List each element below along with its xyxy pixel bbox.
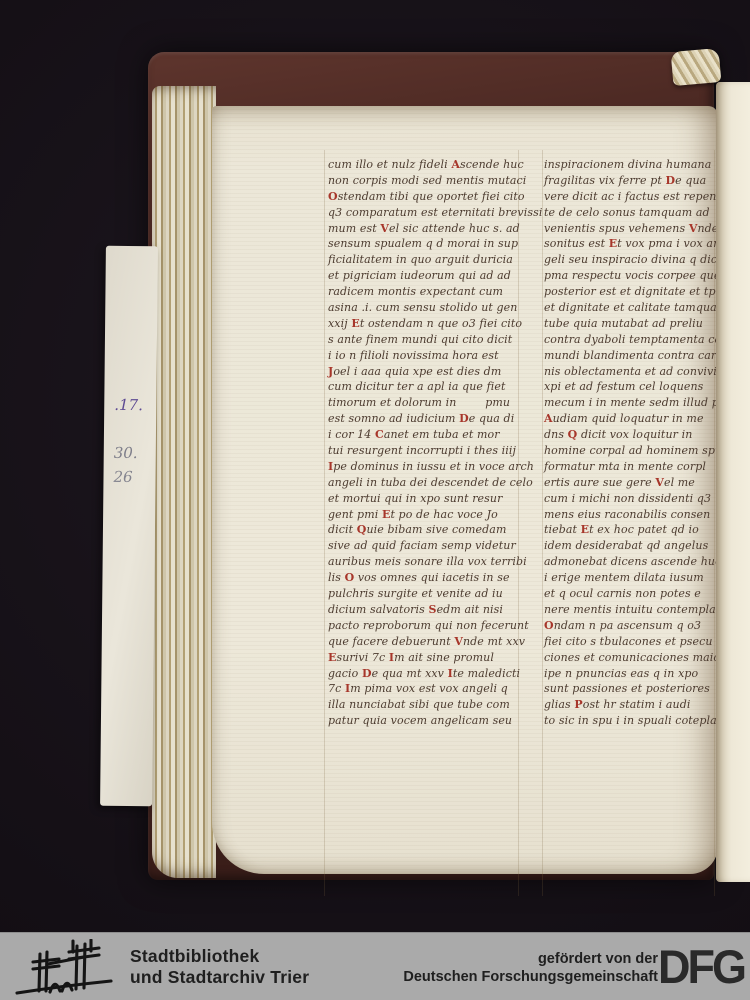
rubric-initial: A xyxy=(451,158,460,171)
pencil-number-26: 26 xyxy=(113,468,132,486)
manuscript-line: sive ad quid faciam semp videtur xyxy=(328,539,526,555)
manuscript-line: fragilitas vix ferre pt De qua xyxy=(544,174,720,190)
manuscript-line: patur quia vocem angelicam seu xyxy=(328,714,526,730)
manuscript-line: inspiracionem divina humana xyxy=(544,158,720,174)
manuscript-line: pulchris surgite et venite ad iu xyxy=(328,587,526,603)
text-column-left: cum illo et nulz fideli Ascende hucnon c… xyxy=(328,158,526,730)
manuscript-line: s ante finem mundi qui cito dicit xyxy=(328,333,526,349)
manuscript-line: i erige mentem dilata iusum xyxy=(544,571,720,587)
manuscript-line: asina .i. cum sensu stolido ut gen xyxy=(328,301,526,317)
rubric-initial: E xyxy=(609,237,617,250)
rubric-initial: S xyxy=(429,603,437,616)
manuscript-line: tui resurgent incorrupti i thes iiij xyxy=(328,444,526,460)
manuscript-line: gacio De qua mt xxv Ite maledicti xyxy=(328,667,526,683)
rubric-initial: E xyxy=(581,523,589,536)
manuscript-line: cum dicitur ter a apl ia que fiet xyxy=(328,380,526,396)
manuscript-line: nis oblectamenta et ad conviviu xyxy=(544,365,720,381)
manuscript-line: est somno ad iudicium De qua di xyxy=(328,412,526,428)
manuscript-line: dicit Quie bibam sive comedam xyxy=(328,523,526,539)
rubric-initial: Q xyxy=(568,428,578,441)
rubric-initial: V xyxy=(655,476,664,489)
manuscript-line: idem desiderabat qd angelus xyxy=(544,539,720,555)
manuscript-line: tiebat Et ex hoc patet qd io xyxy=(544,523,720,539)
manuscript-line: contra dyaboli temptamenta con xyxy=(544,333,720,349)
manuscript-line: i cor 14 Canet em tuba et mor xyxy=(328,428,526,444)
manuscript-line: ipe n pnuncias eas q in xpo xyxy=(544,667,720,683)
manuscript-line: q3 comparatum est eternitati brevissi xyxy=(328,206,526,222)
rubric-initial: O xyxy=(328,190,338,203)
manuscript-line: sensum spualem q d morai in sup xyxy=(328,237,526,253)
manuscript-line: glias Post hr statim i audi xyxy=(544,698,720,714)
rubric-initial: A xyxy=(544,412,553,425)
manuscript-line: non corpis modi sed mentis mutaci xyxy=(328,174,526,190)
manuscript-line: venientis spus vehemens Vnde xyxy=(544,222,720,238)
manuscript-line: mundi blandimenta contra car xyxy=(544,349,720,365)
manuscript-line: ciones et comunicaciones maiores xyxy=(544,651,720,667)
manuscript-line: 7c Im pima vox est vox angeli q xyxy=(328,682,526,698)
rubric-initial: V xyxy=(689,222,698,235)
manuscript-line: sonitus est Et vox pma i vox an xyxy=(544,237,720,253)
funding-credit-line1: gefördert von der xyxy=(403,950,658,968)
rubric-initial: C xyxy=(375,428,384,441)
institution-name-line2: und Stadtarchiv Trier xyxy=(130,967,309,988)
institution-name: Stadtbibliothek und Stadtarchiv Trier xyxy=(130,946,309,988)
manuscript-line: gent pmi Et po de hac voce Jo xyxy=(328,508,526,524)
rubric-initial: O xyxy=(544,619,554,632)
manuscript-line: auribus meis sonare illa vox terribi xyxy=(328,555,526,571)
digitized-manuscript-photo: .17. 30. 26 cum illo et nulz fideli Asce… xyxy=(0,0,750,1000)
manuscript-line: illa nunciabat sibi que tube com xyxy=(328,698,526,714)
manuscript-line: ficialitatem in quo arguit duricia xyxy=(328,253,526,269)
dfg-logo: DFG xyxy=(658,940,744,995)
rubric-initial: V xyxy=(454,635,463,648)
manuscript-line: mecum i in mente sedm illud ps xyxy=(544,396,720,412)
manuscript-line: Esurivi 7c Im ait sine promul xyxy=(328,651,526,667)
pencil-number-30: 30. xyxy=(114,444,138,462)
manuscript-line: sunt passiones et posteriores xyxy=(544,682,720,698)
footer-bar: Stadtbibliothek und Stadtarchiv Trier ge… xyxy=(0,932,750,1000)
manuscript-line: pma respectu vocis corpee que xyxy=(544,269,720,285)
rubric-initial: J xyxy=(328,365,333,378)
rubric-initial: E xyxy=(328,651,336,664)
funding-credit-line2: Deutschen Forschungsgemeinschaft xyxy=(403,968,658,986)
ruling-line xyxy=(542,150,543,896)
manuscript-line: homine corpal ad hominem spual xyxy=(544,444,720,460)
facing-page-edge xyxy=(716,82,750,882)
rubric-initial: V xyxy=(380,222,389,235)
rubric-initial: D xyxy=(666,174,676,187)
manuscript-line: admonebat dicens ascende huc xyxy=(544,555,720,571)
manuscript-line: mum est Vel sic attende huc s. ad xyxy=(328,222,526,238)
manuscript-line: nere mentis intuitu contemplac xyxy=(544,603,720,619)
paper-slip: .17. 30. 26 xyxy=(100,246,158,807)
rubric-initial: I xyxy=(328,460,333,473)
manuscript-line: que facere debuerunt Vnde mt xxv xyxy=(328,635,526,651)
manuscript-line: vere dicit ac i factus est repen xyxy=(544,190,720,206)
page-edge-stack xyxy=(152,86,216,878)
endband xyxy=(671,48,722,86)
folio-number-ink: .17. xyxy=(114,396,143,414)
manuscript-line: pacto reproborum qui non fecerunt xyxy=(328,619,526,635)
manuscript-line: xpi et ad festum cel loquens xyxy=(544,380,720,396)
manuscript-line: dns Q dicit vox loquitur in xyxy=(544,428,720,444)
manuscript-line: cum illo et nulz fideli Ascende huc xyxy=(328,158,526,174)
manuscript-line: formatur mta in mente corpl xyxy=(544,460,720,476)
manuscript-line: angeli in tuba dei descendet de celo xyxy=(328,476,526,492)
rubric-initial: D xyxy=(459,412,469,425)
manuscript-line: et q ocul carnis non potes e xyxy=(544,587,720,603)
funding-credit: gefördert von der Deutschen Forschungsge… xyxy=(403,950,658,986)
rubric-initial: E xyxy=(382,508,390,521)
manuscript-line: dicium salvatoris Sedm ait nisi xyxy=(328,603,526,619)
rubric-initial: E xyxy=(351,317,359,330)
manuscript-page: cum illo et nulz fideli Ascende hucnon c… xyxy=(212,106,718,874)
manuscript-line: timorum et dolorum in pmu xyxy=(328,396,526,412)
rubric-initial: I xyxy=(345,682,350,695)
manuscript-line: radicem montis expectant cum xyxy=(328,285,526,301)
institution-name-line1: Stadtbibliothek xyxy=(130,946,309,967)
manuscript-line: i io n filioli novissima hora est xyxy=(328,349,526,365)
rubric-initial: Q xyxy=(357,523,367,536)
stadtbibliothek-logo-icon xyxy=(10,939,118,997)
manuscript-line: Ondam n pa ascensum q o3 xyxy=(544,619,720,635)
manuscript-line: geli seu inspiracio divina q dicit xyxy=(544,253,720,269)
rubric-initial: I xyxy=(389,651,394,664)
manuscript-line: lis O vos omnes qui iacetis in se xyxy=(328,571,526,587)
manuscript-line: Ipe dominus in iussu et in voce arch xyxy=(328,460,526,476)
manuscript-line: et pigriciam iudeorum qui ad ad xyxy=(328,269,526,285)
manuscript-line: fiei cito s tbulacones et psecu xyxy=(544,635,720,651)
rubric-initial: O xyxy=(345,571,355,584)
manuscript-line: et mortui qui in xpo sunt resur xyxy=(328,492,526,508)
manuscript-line: to sic in spu i in spuali coteplacoe xyxy=(544,714,720,730)
text-column-right: inspiracionem divina humanafragilitas vi… xyxy=(544,158,720,730)
manuscript-line: et dignitate et calitate tamqua xyxy=(544,301,720,317)
ruling-line xyxy=(324,150,325,896)
manuscript-line: ertis aure sue gere Vel me xyxy=(544,476,720,492)
manuscript-line: xxij Et ostendam n que o3 fiei cito xyxy=(328,317,526,333)
rubric-initial: D xyxy=(362,667,372,680)
manuscript-line: posterior est et dignitate et tpe xyxy=(544,285,720,301)
manuscript-line: tube quia mutabat ad preliu xyxy=(544,317,720,333)
manuscript-line: te de celo sonus tamquam ad xyxy=(544,206,720,222)
manuscript-line: Audiam quid loquatur in me xyxy=(544,412,720,428)
manuscript-line: Joel i aaa quia xpe est dies dm xyxy=(328,365,526,381)
manuscript-line: Ostendam tibi que oportet fiei cito xyxy=(328,190,526,206)
manuscript-line: mens eius raconabilis consen xyxy=(544,508,720,524)
manuscript-line: cum i michi non dissidenti q3 xyxy=(544,492,720,508)
rubric-initial: P xyxy=(574,698,582,711)
rubric-initial: I xyxy=(448,667,453,680)
